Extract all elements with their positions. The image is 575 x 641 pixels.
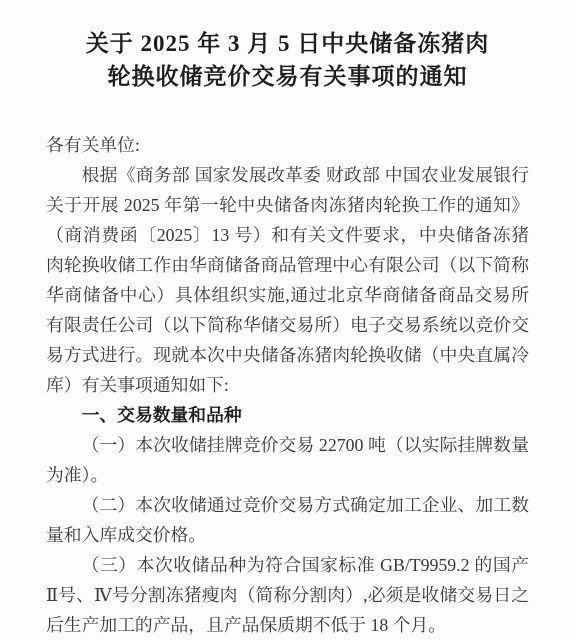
section-heading-1: 一、交易数量和品种: [46, 400, 529, 430]
document-title-line-2: 轮换收储竞价交易有关事项的通知: [46, 60, 529, 93]
document-title-line-1: 关于 2025 年 3 月 5 日中央储备冻猪肉: [46, 27, 529, 60]
paragraph-item-1: （一）本次收储挂牌竞价交易 22700 吨（以实际挂牌数量为准）。: [46, 430, 529, 490]
paragraph-item-2: （二）本次收储通过竞价交易方式确定加工企业、加工数量和入库成交价格。: [46, 490, 529, 550]
paragraph-intro: 根据《商务部 国家发展改革委 财政部 中国农业发展银行关于开展 2025 年第一…: [46, 160, 529, 400]
notice-document-page: 关于 2025 年 3 月 5 日中央储备冻猪肉 轮换收储竞价交易有关事项的通知…: [0, 0, 575, 641]
document-title: 关于 2025 年 3 月 5 日中央储备冻猪肉 轮换收储竞价交易有关事项的通知: [46, 27, 529, 93]
paragraph-item-3: （三）本次收储品种为符合国家标准 GB/T9959.2 的国产Ⅱ号、Ⅳ号分割冻猪…: [46, 550, 529, 640]
salutation: 各有关单位:: [46, 130, 529, 160]
